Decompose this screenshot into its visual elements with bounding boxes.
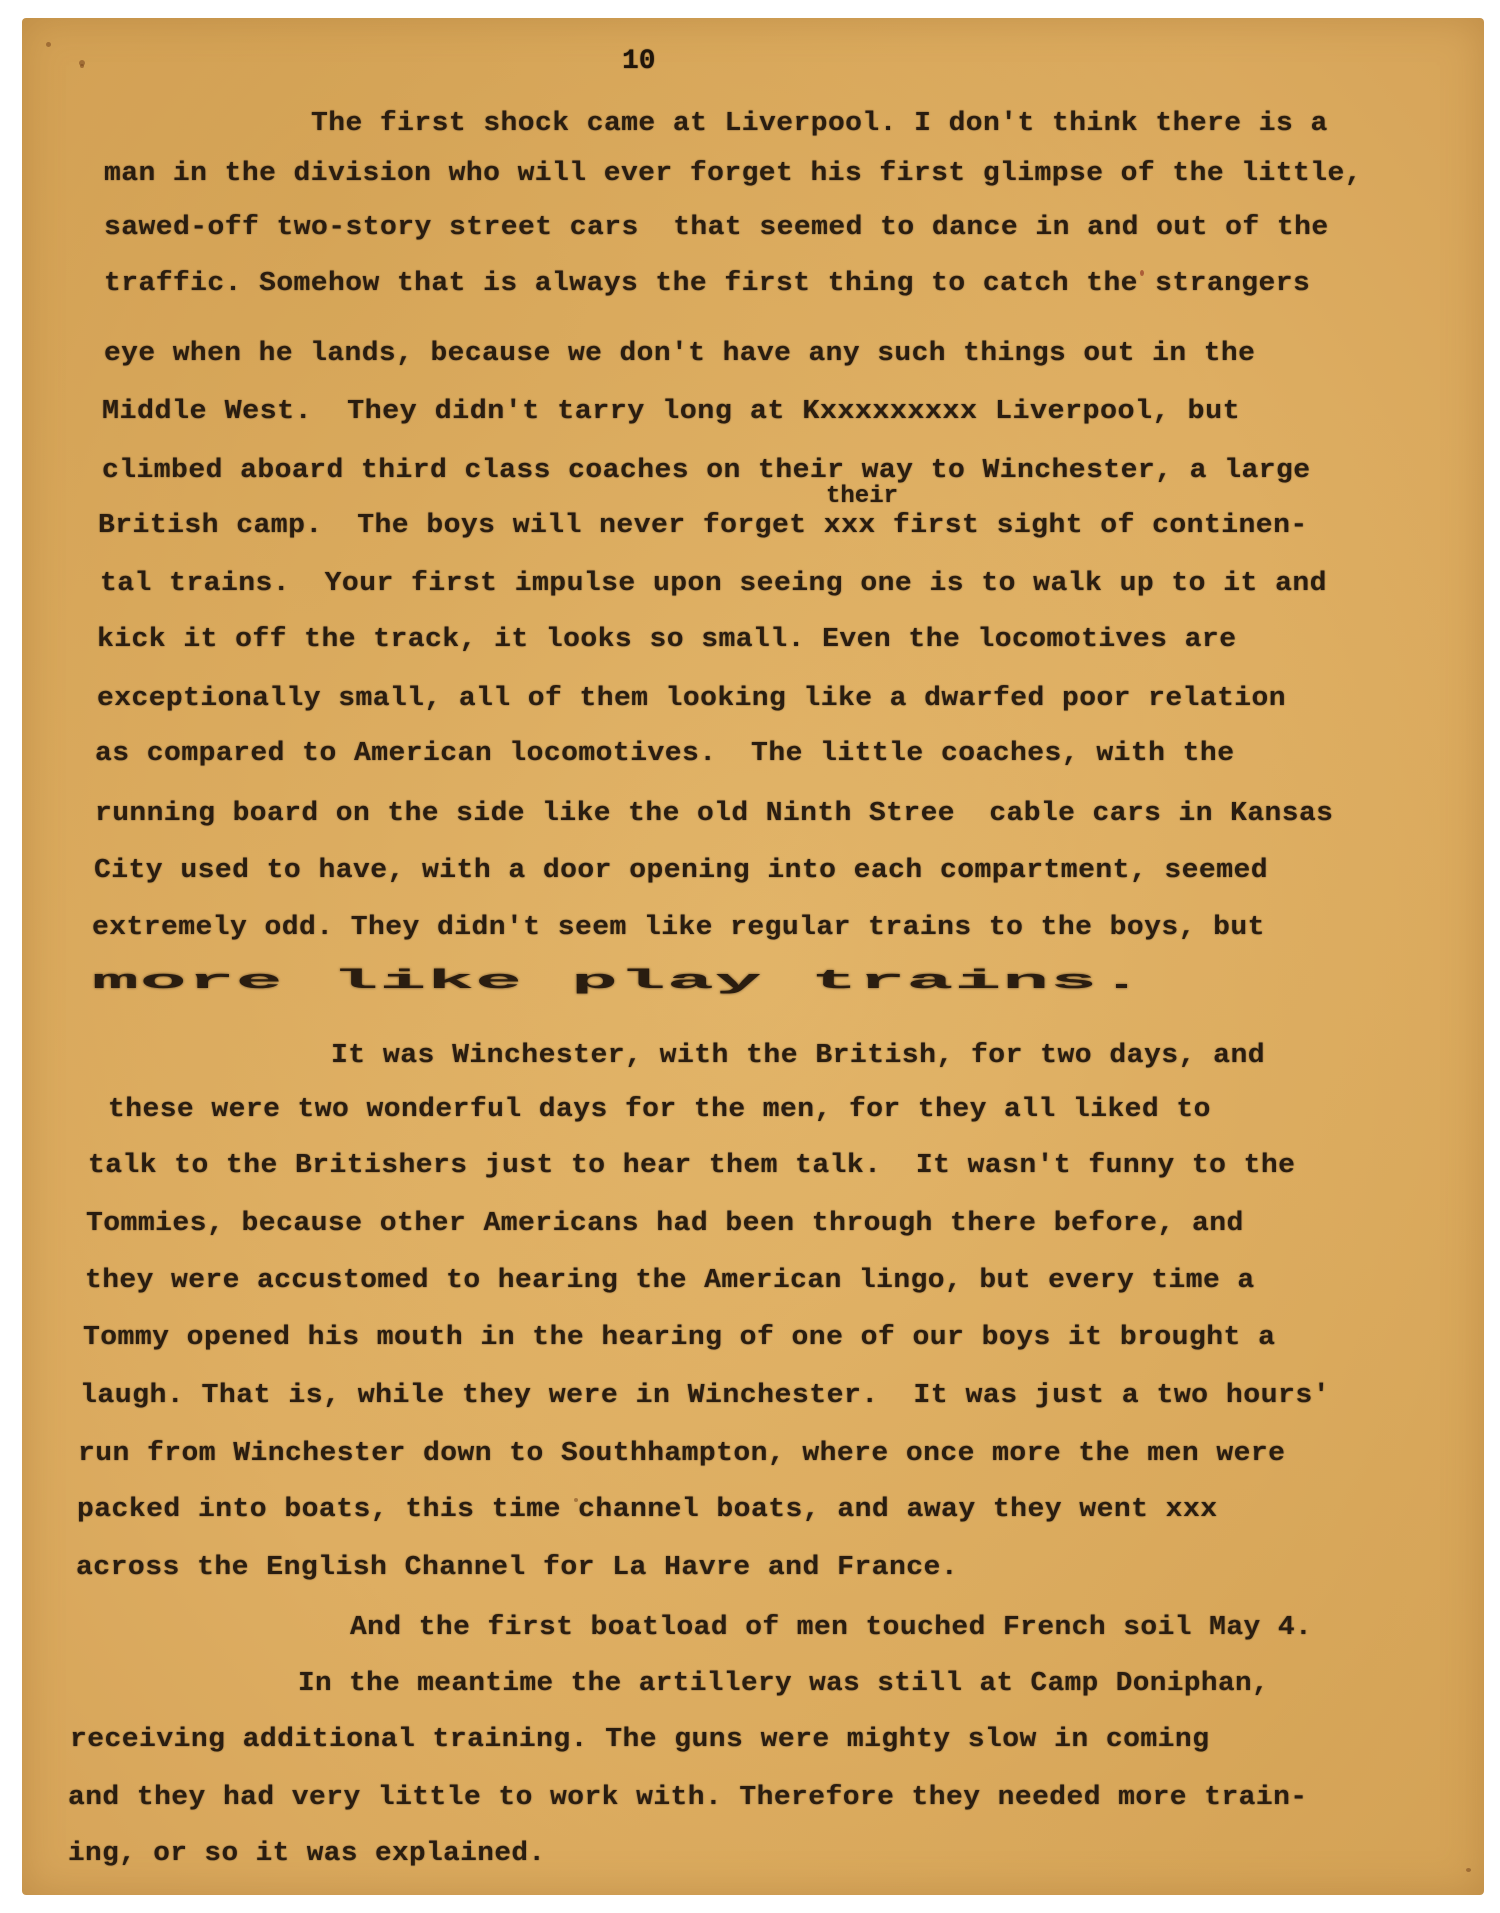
text-line: The first shock came at Liverpool. I don… — [311, 108, 1328, 138]
text-line: more like play trains. — [92, 966, 1146, 996]
text-line: City used to have, with a door opening i… — [94, 855, 1268, 885]
text-line: as compared to American locomotives. The… — [95, 738, 1234, 768]
text-line: It was Winchester, with the British, for… — [331, 1040, 1265, 1070]
text-line: across the English Channel for La Havre … — [76, 1552, 958, 1582]
text-line: and they had very little to work with. T… — [68, 1782, 1308, 1812]
paper-speck — [46, 42, 51, 47]
page-number: 10 — [622, 46, 656, 77]
text-line: they were accustomed to hearing the Amer… — [85, 1265, 1255, 1295]
text-line: climbed aboard third class coaches on th… — [102, 455, 1311, 485]
text-line: In the meantime the artillery was still … — [298, 1668, 1269, 1698]
text-line: extremely odd. They didn't seem like reg… — [92, 912, 1265, 942]
interlinear-insertion: their — [826, 483, 898, 510]
text-line: traffic. Somehow that is always the firs… — [104, 268, 1310, 298]
text-line: And the first boatload of men touched Fr… — [350, 1612, 1312, 1642]
text-line: running board on the side like the old N… — [95, 798, 1333, 828]
text-line: receiving additional training. The guns … — [70, 1724, 1209, 1754]
text-line: Tommies, because other Americans had bee… — [86, 1208, 1244, 1238]
text-line: eye when he lands, because we don't have… — [104, 338, 1255, 368]
text-line: Middle West. They didn't tarry long at K… — [102, 396, 1240, 426]
text-line: exceptionally small, all of them looking… — [97, 683, 1286, 713]
text-line: talk to the Britishers just to hear them… — [88, 1150, 1295, 1180]
text-line: laugh. That is, while they were in Winch… — [80, 1380, 1330, 1410]
text-line: packed into boats, this time channel boa… — [77, 1494, 1218, 1524]
text-line: tal trains. Your first impulse upon seei… — [100, 568, 1327, 598]
text-line: ing, or so it was explained. — [68, 1838, 545, 1868]
text-line: run from Winchester down to Southhampton… — [78, 1438, 1285, 1468]
text-line: kick it off the track, it looks so small… — [97, 624, 1236, 654]
paper-speck — [79, 60, 85, 66]
text-line: sawed-off two-story street cars that see… — [104, 212, 1329, 242]
text-line: these were two wonderful days for the me… — [108, 1094, 1211, 1124]
text-line: British camp. The boys will never forget… — [98, 510, 1308, 540]
text-line: Tommy opened his mouth in the hearing of… — [83, 1322, 1275, 1352]
text-line: man in the division who will ever forget… — [104, 158, 1362, 188]
paper-speck — [1466, 1868, 1471, 1872]
